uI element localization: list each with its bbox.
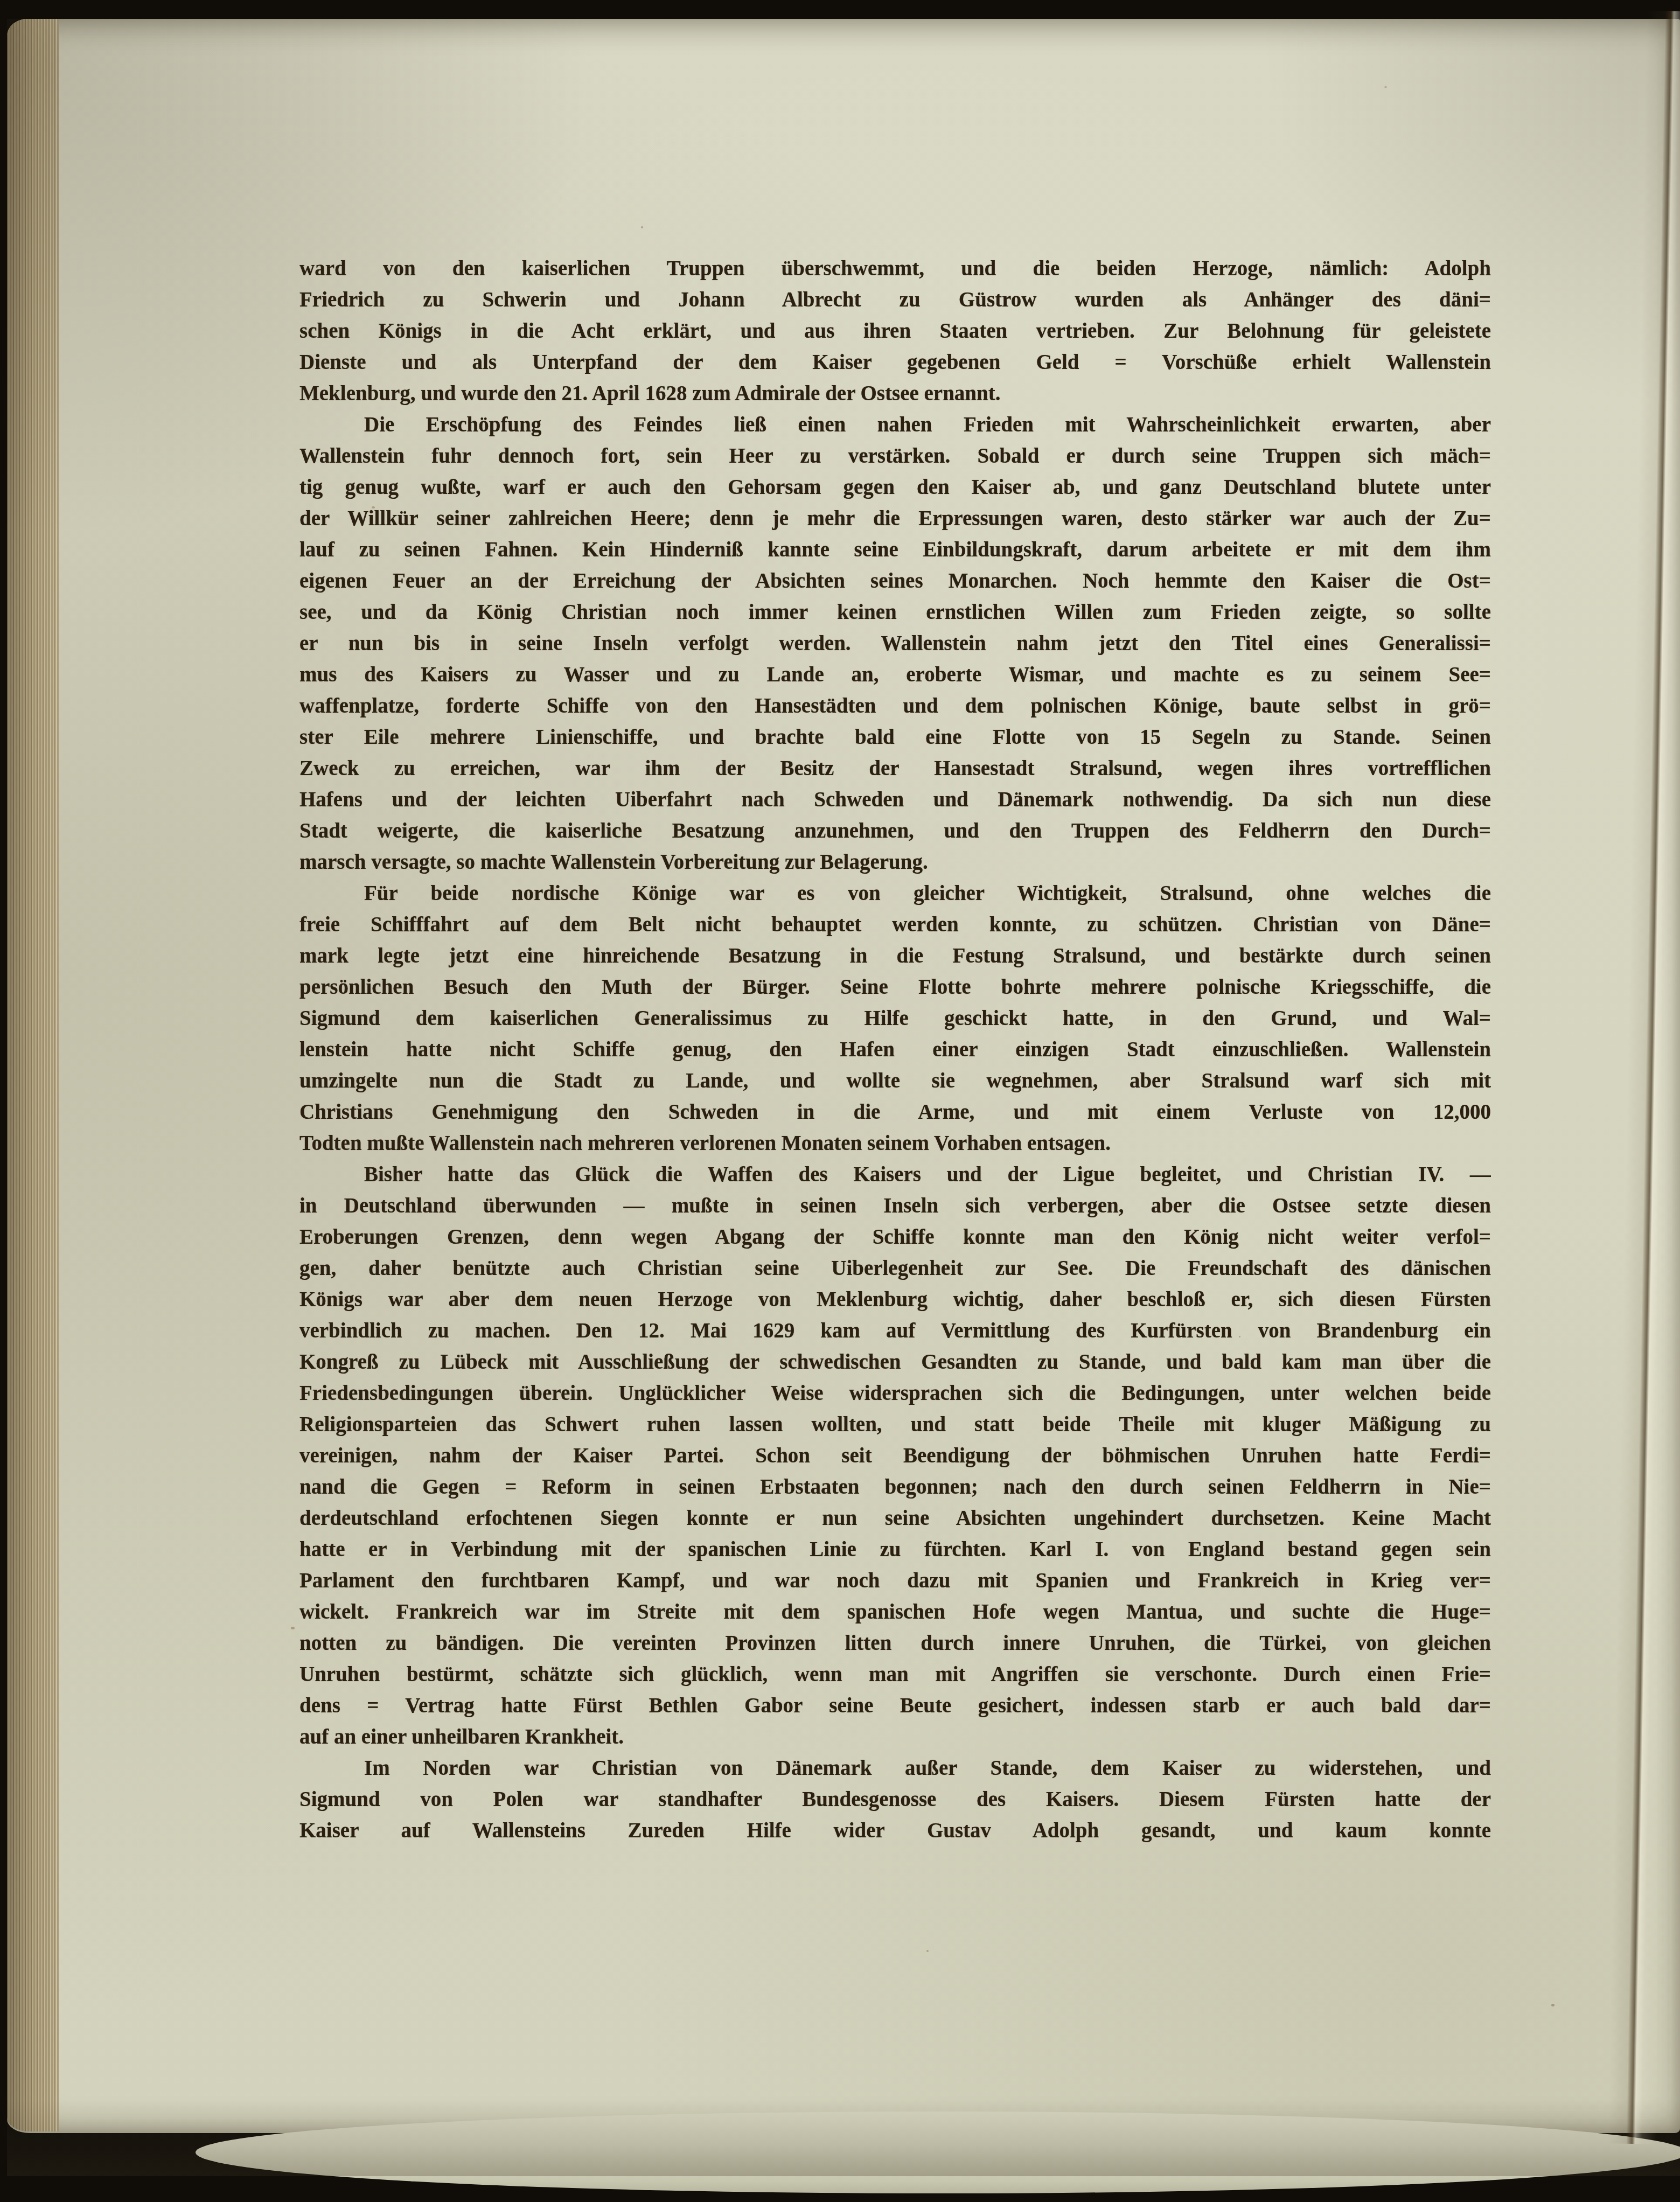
text-line: Im Norden war Christian von Dänemark auß… [299, 1753, 1491, 1784]
text-line: ward von den kaiserlichen Truppen übersc… [299, 253, 1491, 284]
text-line: wickelt. Frankreich war im Streite mit d… [299, 1597, 1491, 1628]
text-line: Friedensbedingungen überein. Unglücklich… [299, 1378, 1491, 1409]
text-line: Für beide nordische Könige war es von gl… [299, 878, 1491, 909]
text-line: hatte er in Verbindung mit der spanische… [299, 1534, 1491, 1565]
text-line: schen Königs in die Acht erklärt, und au… [299, 316, 1491, 347]
text-line: Sigmund von Polen war standhafter Bundes… [299, 1784, 1491, 1815]
text-line: lenstein hatte nicht Schiffe genug, den … [299, 1034, 1491, 1065]
text-line: eigenen Feuer an der Erreichung der Absi… [299, 566, 1491, 597]
text-line: ster Eile mehrere Linienschiffe, und bra… [299, 722, 1491, 753]
text-line: waffenplatze, forderte Schiffe von den H… [299, 691, 1491, 722]
text-line: Eroberungen Grenzen, denn wegen Abgang d… [299, 1222, 1491, 1253]
text-line: Parlament den furchtbaren Kampf, und war… [299, 1565, 1491, 1597]
text-line: notten zu bändigen. Die vereinten Provin… [299, 1628, 1491, 1659]
text-line: verbindlich zu machen. Den 12. Mai 1629 … [299, 1315, 1491, 1347]
text-line: in Deutschland überwunden — mußte in sei… [299, 1190, 1491, 1222]
text-line: Wallenstein fuhr dennoch fort, sein Heer… [299, 441, 1491, 472]
text-line: Zweck zu erreichen, war ihm der Besitz d… [299, 753, 1491, 784]
paragraph: Im Norden war Christian von Dänemark auß… [299, 1753, 1491, 1846]
text-line: gen, daher benützte auch Christian seine… [299, 1253, 1491, 1284]
text-line: marsch versagte, so machte Wallenstein V… [299, 847, 1491, 878]
scan-background: { "colors": { "background": "#100d09", "… [0, 0, 1680, 2202]
text-line: Christians Genehmigung den Schweden in d… [299, 1097, 1491, 1128]
text-line: mus des Kaisers zu Wasser und zu Lande a… [299, 659, 1491, 691]
text-line: vereinigen, nahm der Kaiser Partei. Scho… [299, 1440, 1491, 1472]
paragraph: ward von den kaiserlichen Truppen übersc… [299, 253, 1491, 409]
text-line: mark legte jetzt eine hinreichende Besat… [299, 940, 1491, 972]
text-line: Bisher hatte das Glück die Waffen des Ka… [299, 1159, 1491, 1190]
paragraph: Für beide nordische Könige war es von gl… [299, 878, 1491, 1159]
text-line: umzingelte nun die Stadt zu Lande, und w… [299, 1065, 1491, 1097]
page-bottom-edge [196, 2112, 1680, 2193]
text-line: nand die Gegen = Reform in seinen Erbsta… [299, 1472, 1491, 1503]
text-line: Friedrich zu Schwerin und Johann Albrech… [299, 284, 1491, 316]
text-line: persönlichen Besuch den Muth der Bürger.… [299, 972, 1491, 1003]
text-line: dens = Vertrag hatte Fürst Bethlen Gabor… [299, 1690, 1491, 1722]
text-line: Todten mußte Wallenstein nach mehreren v… [299, 1128, 1491, 1159]
text-line: Die Erschöpfung des Feindes ließ einen n… [299, 409, 1491, 441]
text-line: Königs war aber dem neuen Herzoge von Me… [299, 1284, 1491, 1315]
text-line: Dienste und als Unterpfand der dem Kaise… [299, 347, 1491, 378]
text-line: auf an einer unheilbaren Krankheit. [299, 1722, 1491, 1753]
text-line: Kaiser auf Wallensteins Zureden Hilfe wi… [299, 1815, 1491, 1846]
text-line: der Willkür seiner zahlreichen Heere; de… [299, 503, 1491, 534]
text-line: Stadt weigerte, die kaiserliche Besatzun… [299, 816, 1491, 847]
text-line: derdeutschland erfochtenen Siegen konnte… [299, 1503, 1491, 1534]
text-line: Meklenburg, und wurde den 21. April 1628… [299, 378, 1491, 409]
text-line: Sigmund dem kaiserlichen Generalissimus … [299, 1003, 1491, 1034]
text-line: tig genug wußte, warf er auch den Gehors… [299, 472, 1491, 503]
text-line: Kongreß zu Lübeck mit Ausschließung der … [299, 1347, 1491, 1378]
text-line: Hafens und der leichten Uiberfahrt nach … [299, 784, 1491, 816]
text-line: Unruhen bestürmt, schätzte sich glücklic… [299, 1659, 1491, 1690]
paragraph: Bisher hatte das Glück die Waffen des Ka… [299, 1159, 1491, 1753]
text-line: Religionsparteien das Schwert ruhen lass… [299, 1409, 1491, 1440]
text-block: ward von den kaiserlichen Truppen übersc… [299, 253, 1491, 1846]
paragraph: Die Erschöpfung des Feindes ließ einen n… [299, 409, 1491, 878]
text-line: freie Schifffahrt auf dem Belt nicht beh… [299, 909, 1491, 940]
text-line: lauf zu seinen Fahnen. Kein Hinderniß ka… [299, 534, 1491, 566]
text-line: see, und da König Christian noch immer k… [299, 597, 1491, 628]
text-line: er nun bis in seine Inseln verfolgt werd… [299, 628, 1491, 659]
page-edge-stack [7, 19, 59, 2131]
